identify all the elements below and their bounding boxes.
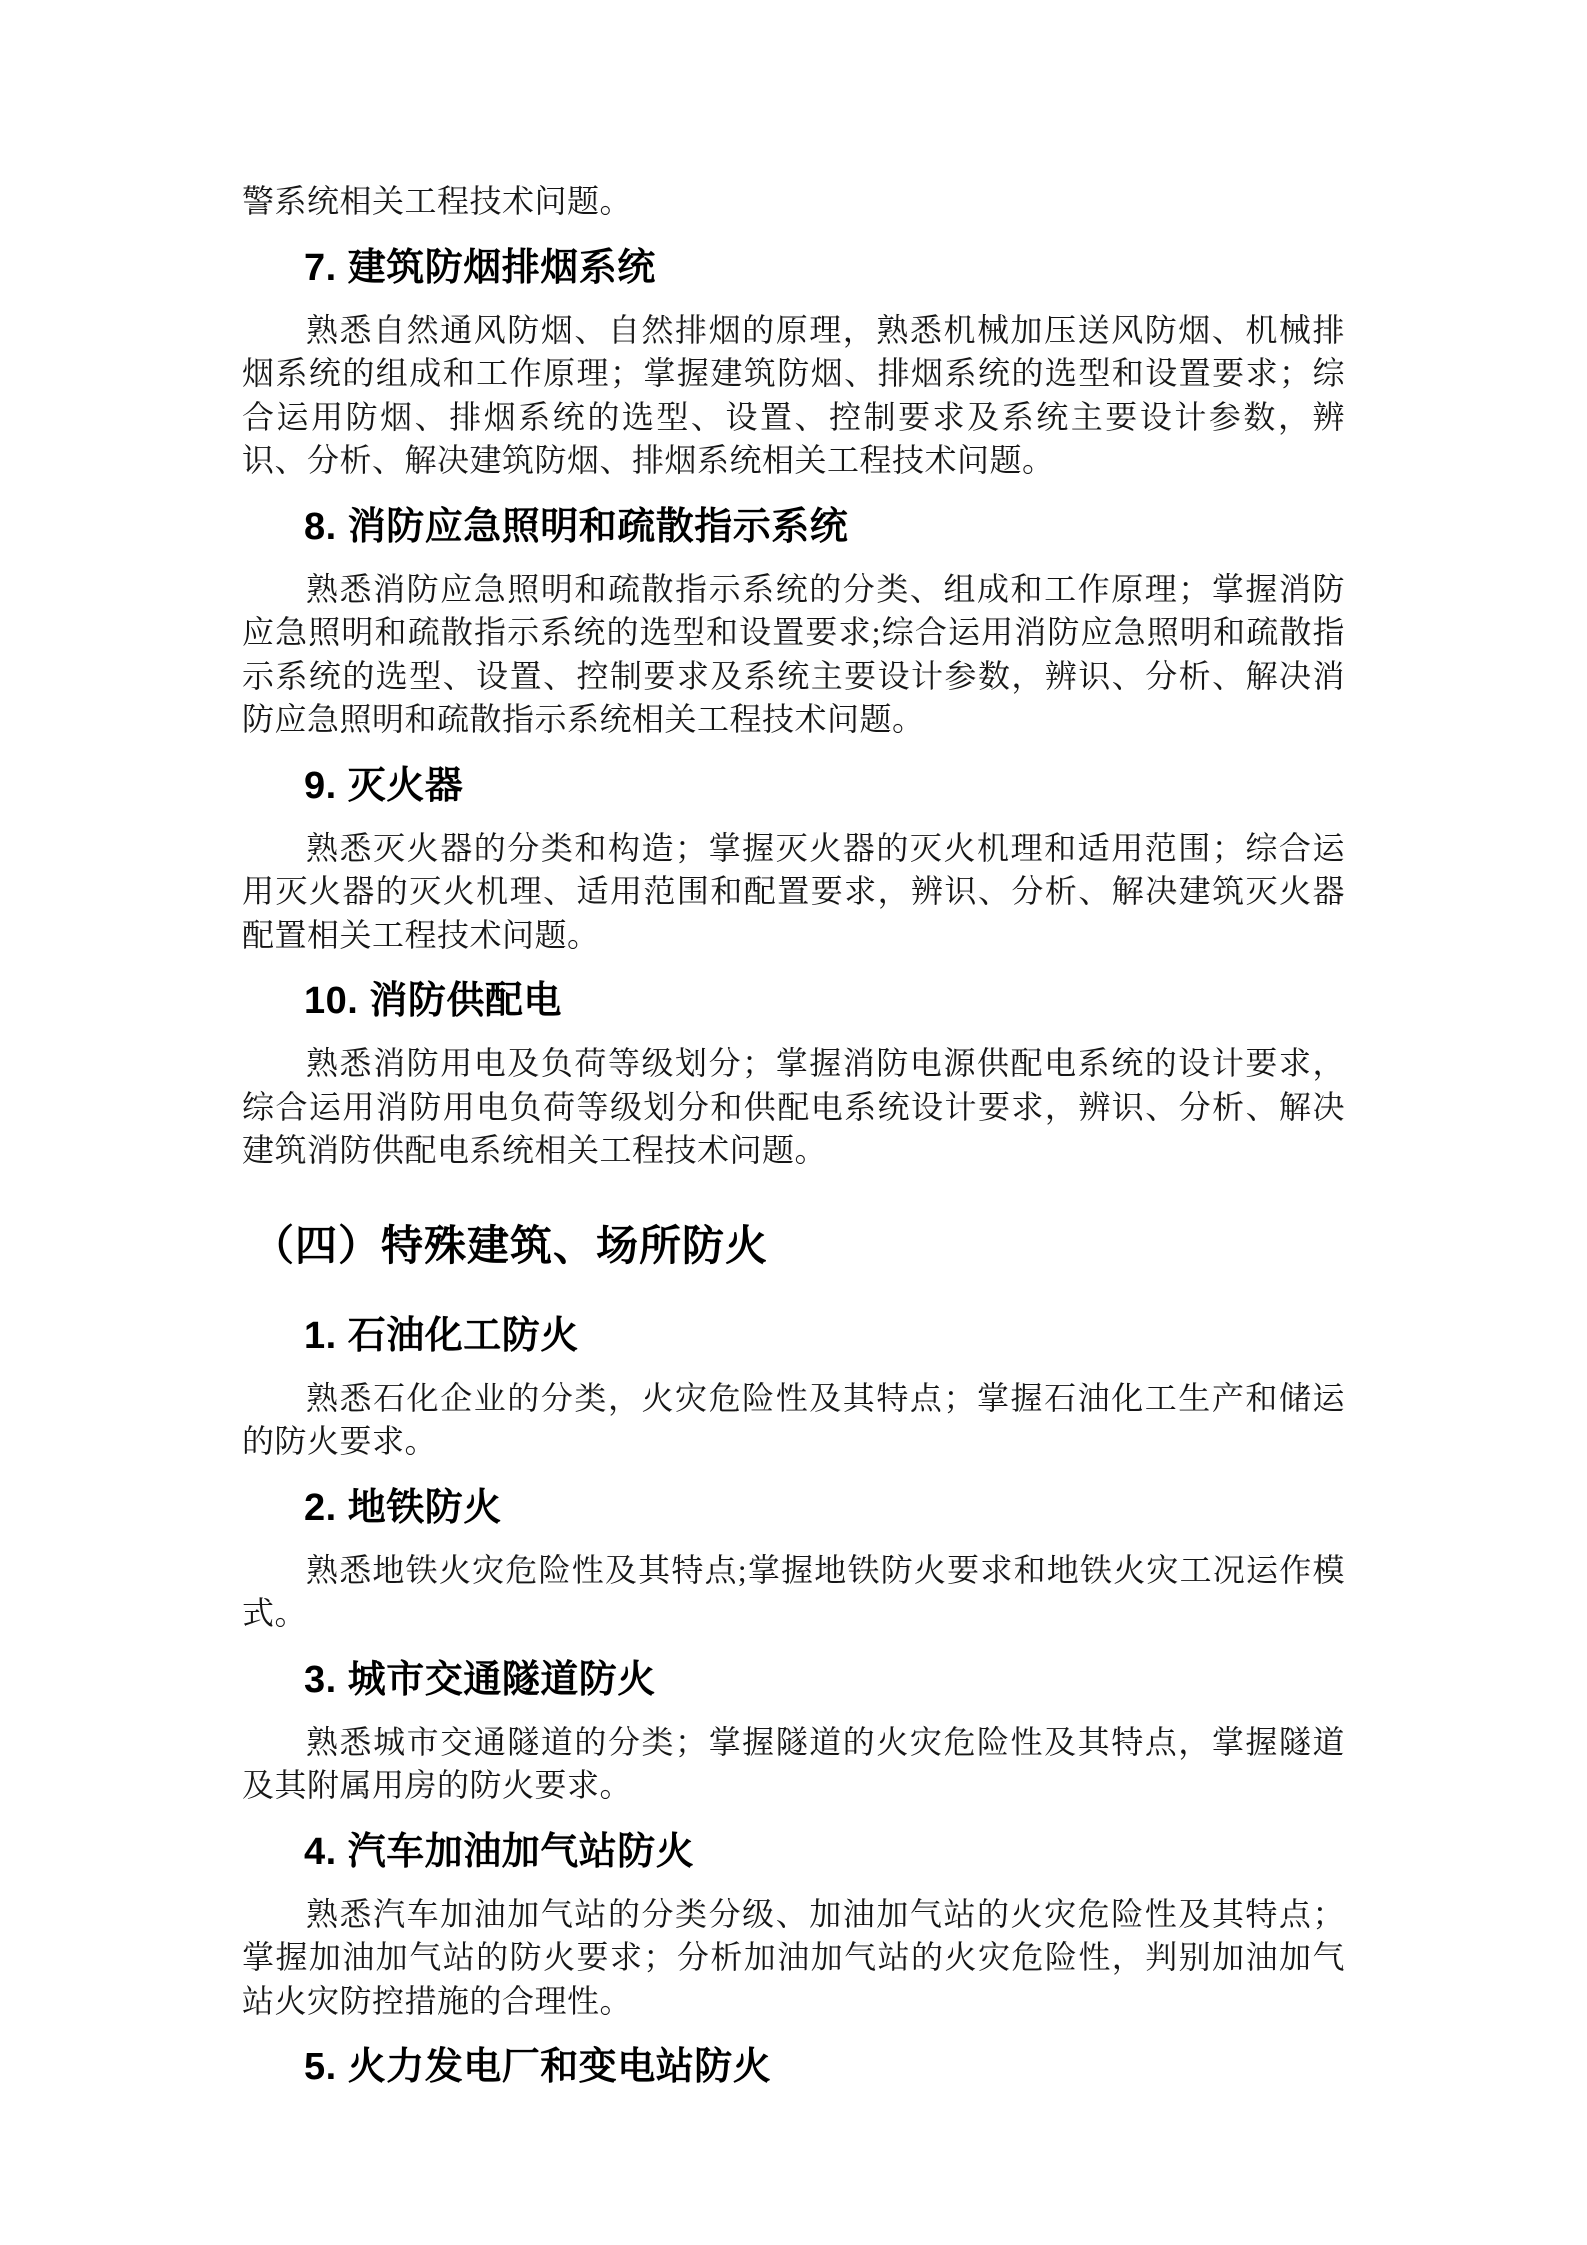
paragraph-emergency-lighting: 熟悉消防应急照明和疏散指示系统的分类、组成和工作原理；掌握消防应急照明和疏散指示… — [242, 568, 1345, 742]
paragraph-fire-extinguisher: 熟悉灭火器的分类和构造；掌握灭火器的灭火机理和适用范围；综合运用灭火器的灭火机理… — [242, 827, 1345, 958]
heading-2-metro-fire-protection: 2. 地铁防火 — [242, 1485, 1345, 1532]
paragraph-smoke-control: 熟悉自然通风防烟、自然排烟的原理，熟悉机械加压送风防烟、机械排烟系统的组成和工作… — [242, 309, 1345, 483]
heading-9-fire-extinguisher: 9. 灭火器 — [242, 763, 1345, 810]
paragraph-gas-station: 熟悉汽车加油加气站的分类分级、加油加气站的火灾危险性及其特点；掌握加油加气站的防… — [242, 1893, 1345, 2024]
paragraph-urban-tunnel: 熟悉城市交通隧道的分类；掌握隧道的火灾危险性及其特点，掌握隧道及其附属用房的防火… — [242, 1721, 1345, 1808]
heading-3-urban-tunnel-fire-protection: 3. 城市交通隧道防火 — [242, 1657, 1345, 1704]
paragraph-continuation: 警系统相关工程技术问题。 — [242, 180, 1345, 224]
paragraph-fire-power-supply: 熟悉消防用电及负荷等级划分；掌握消防电源供配电系统的设计要求，综合运用消防用电负… — [242, 1042, 1345, 1173]
heading-10-fire-power-supply: 10. 消防供配电 — [242, 978, 1345, 1025]
heading-4-gas-station-fire-protection: 4. 汽车加油加气站防火 — [242, 1829, 1345, 1876]
heading-8-emergency-lighting-system: 8. 消防应急照明和疏散指示系统 — [242, 504, 1345, 551]
heading-7-smoke-control-system: 7. 建筑防烟排烟系统 — [242, 245, 1345, 292]
document-page: 警系统相关工程技术问题。 7. 建筑防烟排烟系统 熟悉自然通风防烟、自然排烟的原… — [0, 0, 1587, 2245]
paragraph-metro: 熟悉地铁火灾危险性及其特点;掌握地铁防火要求和地铁火灾工况运作模式。 — [242, 1549, 1345, 1636]
paragraph-petrochemical: 熟悉石化企业的分类，火灾危险性及其特点；掌握石油化工生产和储运的防火要求。 — [242, 1377, 1345, 1464]
page-content: 警系统相关工程技术问题。 7. 建筑防烟排烟系统 熟悉自然通风防烟、自然排烟的原… — [242, 180, 1345, 2091]
section-heading-4-special-buildings-fire-protection: （四）特殊建筑、场所防火 — [242, 1217, 1345, 1275]
heading-1-petrochemical-fire-protection: 1. 石油化工防火 — [242, 1313, 1345, 1360]
heading-5-power-plant-fire-protection: 5. 火力发电厂和变电站防火 — [242, 2044, 1345, 2091]
